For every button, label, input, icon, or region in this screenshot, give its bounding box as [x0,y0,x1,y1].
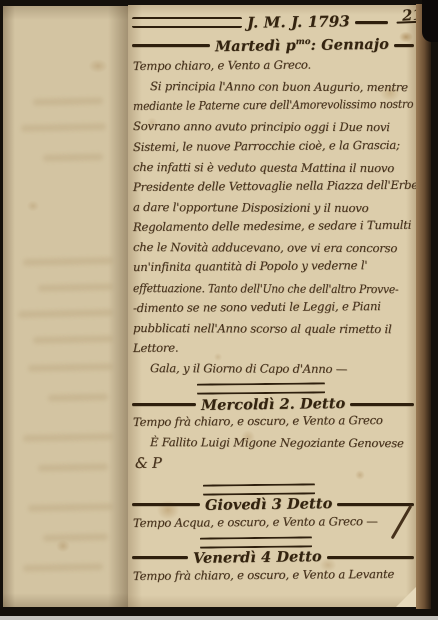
entry-body: Tempo chiaro, e Vento a Greco. Si princi… [133,56,415,378]
manuscript-line: Sistemi, le nuove Parrocchie cioè, e la … [133,134,415,156]
entry-heading: Martedì pmo: Gennajo [215,36,389,55]
manuscript-page: 21 J. M. J. 1793 Martedì pmo: Gennajo Te… [128,5,416,607]
ink-rule [394,44,414,47]
manuscript-line: -dimento se ne sono veduti le Leggi, e P… [133,295,415,317]
ink-rule [337,503,414,506]
ghost-line [28,363,113,372]
photo-corner-shadow [422,0,438,42]
ink-rule [132,556,188,559]
ordinal-superscript: mo [296,37,311,47]
manuscript-line: & P [133,450,415,476]
year-heading: J. M. J. 1793 [247,12,350,31]
manuscript-line: Tempo frà chiaro, e oscuro, e Vento a Le… [133,564,415,586]
ink-rule [132,44,210,47]
book-page-edge [416,4,431,609]
manuscript-line: Gala, y il Giorno di Capo d'Anno — [133,358,415,379]
folded-corner [396,587,416,607]
scanned-book-photo: 21 J. M. J. 1793 Martedì pmo: Gennajo Te… [0,0,438,620]
ghost-line [43,533,108,541]
ink-rule [350,403,414,406]
entry-divider [203,483,315,495]
ghost-line [38,463,108,471]
manuscript-line: Presidente delle Vettovaglie nella Piazz… [133,175,415,197]
ghost-line [43,153,103,161]
scan-edge [0,616,438,620]
date-heading-row: Martedì pmo: Gennajo [132,37,414,54]
manuscript-line: Tempo frà chiaro, e oscuro, e Vento a Gr… [133,410,415,432]
ghost-line [48,393,108,401]
manuscript-line: Lettore. [133,336,415,358]
manuscript-line: mediante le Paterne cure dell'Amorevolis… [133,94,395,116]
entry-body: Tempo frà chiaro, e oscuro, e Vento a Le… [133,566,415,586]
ink-rule [132,17,242,28]
entry-divider [197,382,325,394]
ghost-line [23,433,113,442]
entry-body: Tempo Acqua, e oscuro, e Vento a Greco — [133,513,415,533]
ink-rule [132,403,196,406]
ink-rule [132,503,200,506]
ghost-line [33,97,103,105]
entry-divider [200,536,312,548]
manuscript-line: Tempo Acqua, e oscuro, e Vento a Greco — [133,511,415,533]
ghost-line [21,123,106,132]
ink-rule [355,21,388,24]
ghost-line [38,283,113,292]
entry-body: Tempo frà chiaro, e oscuro, e Vento a Gr… [133,412,415,476]
ghost-line [33,335,113,344]
ghost-line [23,257,113,266]
manuscript-line: Regolamento delle medesime, e sedare i T… [133,215,415,237]
ink-rule [327,556,414,559]
ghost-line [28,503,113,512]
year-heading-row: J. M. J. 1793 [132,13,414,31]
manuscript-line: Tempo chiaro, e Vento a Greco. [133,54,415,76]
left-page [3,6,128,607]
manuscript-line: un'infinita quantità di Popolo y vederne… [133,255,415,277]
ghost-line [18,309,113,318]
ghost-line [23,563,103,572]
